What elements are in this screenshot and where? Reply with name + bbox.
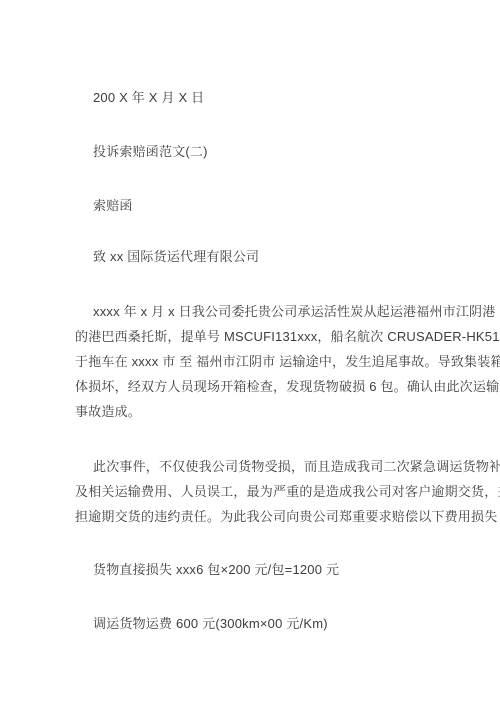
date-line: 200 X 年 X 月 X 日 (93, 90, 204, 106)
paragraph2-line-3: 担逾期交货的违约责任。为此我公司向贵公司郑重要求赔偿以下费用损失 (75, 509, 497, 525)
paragraph1-line-3: 于拖车在 xxxx 市 至 福州市江阴市 运输途中，发生追尾事故。导致集装箱箱 (75, 354, 500, 370)
document-title: 投诉索赔函范文(二) (93, 144, 208, 160)
paragraph1-line-4: 体损坏，经双方人员现场开箱检查，发现货物破损 6 包。确认由此次运输发生 (75, 379, 500, 395)
paragraph1-line-5: 事故造成。 (75, 404, 141, 420)
recipient-line: 致 xx 国际货运代理有限公司 (93, 249, 259, 265)
paragraph1-line-1: xxxx 年 x 月 x 日我公司委托贵公司承运活性炭从起运港福州市江阴港 至目 (93, 304, 500, 320)
subject-line: 索赔函 (93, 198, 133, 214)
paragraph2-line-2: 及相关运输费用、人员误工，最为严重的是造成我公司对客户逾期交货，并要承 (75, 484, 500, 500)
paragraph2-line-1: 此次事件，不仅使我公司货物受损，而且造成我司二次紧急调运货物补缺以 (93, 459, 500, 475)
claim-item-goods-loss: 货物直接损失 xxx6 包×200 元/包=1200 元 (93, 562, 339, 578)
claim-item-freight: 调运货物运费 600 元(300km×00 元/Km) (93, 616, 328, 632)
document-page: 200 X 年 X 月 X 日 投诉索赔函范文(二) 索赔函 致 xx 国际货运… (0, 0, 500, 707)
paragraph1-line-2: 的港巴西桑托斯，提单号 MSCUFI131xxx，船名航次 CRUSADER-H… (75, 329, 500, 345)
